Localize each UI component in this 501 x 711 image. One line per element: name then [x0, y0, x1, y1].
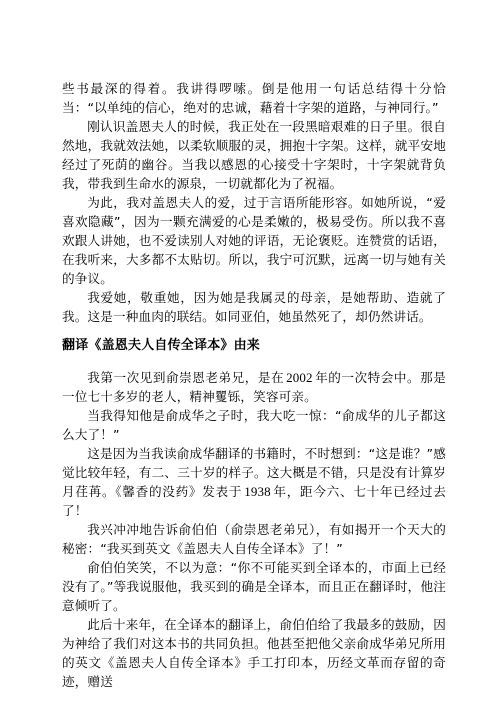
section-heading: 翻译《盖恩夫人自传全译本》由来 — [62, 336, 446, 355]
paragraph-text: 我第一次见到俞崇恩老弟兄，是在 — [87, 370, 284, 385]
paragraph: 些书最深的得着。我讲得啰嗦。倒是他用一句话总结得十分恰当：“以单纯的信心，绝对的… — [62, 79, 446, 117]
paragraph: 刚认识盖恩夫人的时候，我正处在一段黑暗艰难的日子里。很自然地，我就效法她，以柔软… — [62, 117, 446, 193]
paragraph: 当我得知他是俞成华之子时，我大吃一惊：“俞成华的儿子都这么大了！” — [62, 406, 446, 444]
paragraph: 俞伯伯笑笑，不以为意：“你不可能买到全译本的，市面上已经没有了。”等我说服他，我… — [62, 558, 446, 615]
paragraph: 这是因为当我读俞成华翻译的书籍时，不时想到：“这是谁？”感觉比较年轻，有二、三十… — [62, 444, 446, 520]
year-value: 2002 — [284, 370, 315, 385]
year-value: 1938 — [242, 484, 273, 499]
paragraph: 我兴冲冲地告诉俞伯伯（俞崇恩老弟兄），有如揭开一个天大的秘密：“我买到英文《盖恩… — [62, 520, 446, 558]
document-page: 些书最深的得着。我讲得啰嗦。倒是他用一句话总结得十分恰当：“以单纯的信心，绝对的… — [62, 79, 446, 691]
paragraph: 为此，我对盖恩夫人的爱，过于言语所能形容。如她所说，“爱喜欢隐藏”，因为一颗充满… — [62, 193, 446, 288]
paragraph: 我爱她，敬重她，因为她是我属灵的母亲，是她帮助、造就了我。这是一种血肉的联结。如… — [62, 288, 446, 326]
paragraph: 我第一次见到俞崇恩老弟兄，是在2002年的一次特会中。那是一位七十多岁的老人，精… — [62, 368, 446, 406]
paragraph: 此后十来年，在全译本的翻译上，俞伯伯给了我最多的鼓励，因为神给了我们对这本书的共… — [62, 615, 446, 691]
